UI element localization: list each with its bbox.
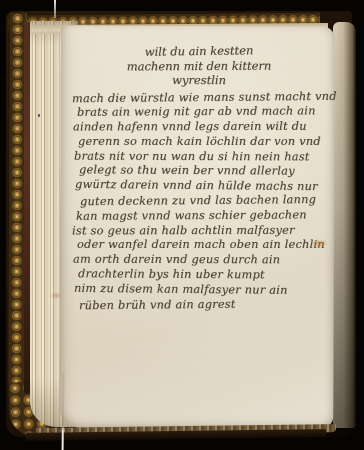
manuscript-line: oder wanfel darein mach oben ain lechlin	[77, 238, 328, 253]
manuscript-line: ainden hafenn vnnd legs darein wilt du	[73, 120, 328, 136]
handwritten-text-block: wilt du ain kesttenmachenn mit den kitte…	[70, 44, 328, 312]
faint-red-mark	[50, 292, 62, 299]
manuscript-line: ist so geus ain halb achtlin malfasyer	[72, 223, 328, 239]
manuscript-line: machenn mit den kittern	[70, 58, 328, 74]
manuscript-line: wyrestlin	[70, 73, 328, 88]
recipe-body: mach die würstla wie mans sunst macht vn…	[70, 91, 328, 313]
manuscript-line: kan magst vnnd wans schier gebachen	[76, 208, 328, 224]
manuscript-line: drachterlin bys hin uber kumpt	[78, 267, 328, 283]
manuscript-line: brats ain wenig nit gar ab vnd mach ain	[77, 105, 328, 121]
page-stack-speck	[38, 114, 40, 117]
facing-page-edge	[333, 22, 356, 428]
recipe-heading: wilt du ain kesttenmachenn mit den kitte…	[70, 44, 328, 88]
wax-stain	[310, 239, 328, 248]
photo-background: wilt du ain kesttenmachenn mit den kitte…	[0, 0, 364, 450]
thread-top	[54, 0, 56, 18]
manuscript-line: rüben brüh vnd ain agrest	[79, 296, 328, 313]
manuscript-line: gerenn so mach kain löchlin dar von vnd	[78, 135, 328, 150]
manuscript-line: am orth darein vnd geus durch ain	[73, 253, 328, 269]
